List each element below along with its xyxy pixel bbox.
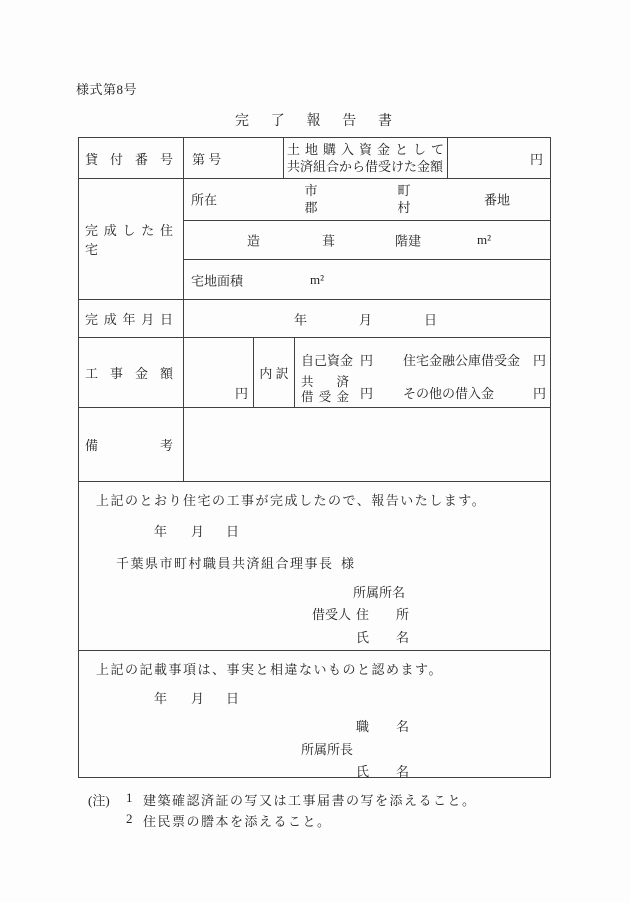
note-1-number: 1 [126,790,133,806]
breakdown-cell: 自己資金 円 住宅金融公庫借受金 円 共 済 借 受 金 円 その他の借入金 円 [295,338,550,407]
land-fund-yen: 円 [530,149,543,168]
structure-subrow: 造 葺 階建 m² [184,221,550,261]
borrower-label: 借受人 [312,604,351,623]
loan-number-label-cell: 貸 付 番 号 [79,138,184,178]
total-amount-yen: 円 [235,383,248,402]
lot-area-subrow: 宅地面積 m² [184,260,550,299]
loan-number-row: 貸 付 番 号 第 号 土 地 購 入 資 金 と し て 共済組合から借受けた… [79,138,550,179]
location-label: 所在 [191,190,217,209]
build-label: 造 [247,230,260,249]
report-date-month: 月 [191,521,204,540]
office-head-label: 所属所長 [301,739,353,758]
certify-statement: 上記の記載事項は、事実と相違ないものと認めます。 [96,659,443,678]
borrower-address-label: 住 所 [356,604,409,623]
housing-loan-yen: 円 [533,350,546,369]
own-funds-label: 自己資金 [301,350,353,369]
certify-date-year: 年 [154,688,167,707]
office-name-label: 所属所名 [353,582,405,601]
construction-cost-row: 工 事 金 額 円 内 訳 自己資金 円 住宅金融公庫借受金 円 共 済 借 受… [79,338,550,408]
completion-day-label: 日 [424,309,437,328]
village-label: 村 [391,199,417,216]
kyosai-loan-label: 共 済 借 受 金 [301,375,349,405]
location-subrow: 所在 市 郡 町 村 番地 [184,179,550,221]
remarks-row: 備 考 [79,408,550,482]
city-label: 市 [298,182,324,199]
remarks-label-cell: 備 考 [79,408,184,481]
loan-number-label: 貸 付 番 号 [85,149,173,168]
note-2-number: 2 [126,811,133,827]
breakdown-label-cell: 内 訳 [254,338,295,407]
job-title-label: 職 名 [356,716,409,735]
report-date-year: 年 [154,521,167,540]
certify-section: 上記の記載事項は、事実と相違ないものと認めます。 年 月 日 職 名 所属所長 … [79,651,550,777]
completion-date-label: 完 成 年 月 日 [85,309,173,328]
construction-cost-label-cell: 工 事 金 額 [79,338,184,407]
completion-date-label-cell: 完 成 年 月 日 [79,300,184,337]
borrower-name-label: 氏 名 [356,627,409,646]
completion-year-label: 年 [294,309,307,328]
floor-area-unit: m² [477,232,491,248]
remarks-value-cell [184,408,550,481]
report-table: 貸 付 番 号 第 号 土 地 購 入 資 金 と し て 共済組合から借受けた… [78,137,551,778]
addressee-honorific: 様 [341,553,354,572]
loan-number-prefix: 第 [192,152,205,167]
report-section: 上記のとおり住宅の工事が完成したので、報告いたします。 年 月 日 千葉県市町村… [79,482,550,651]
completion-report-form: 様式第8号 完 了 報 告 書 貸 付 番 号 第 号 土 地 購 入 資 金 … [0,0,630,903]
notes-label: (注) [88,790,110,809]
land-fund-label-line2: 共済組合から借受けた金額 [287,158,444,175]
land-fund-amount-cell: 円 [448,138,550,178]
note-2-text: 住民票の謄本を添えること。 [143,811,332,830]
report-statement: 上記のとおり住宅の工事が完成したので、報告いたします。 [96,490,486,509]
stories-label: 階建 [395,230,421,249]
total-amount-cell: 円 [184,338,254,407]
kyosai-loan-label-line1: 共 済 [301,375,349,390]
form-number: 様式第8号 [76,79,137,98]
note-1-text: 建築確認済証の写又は工事届書の写を添えること。 [143,790,477,809]
kyosai-loan-yen: 円 [360,383,373,402]
page-title: 完 了 報 告 書 [235,110,392,130]
certify-date-month: 月 [191,688,204,707]
lot-label: 番地 [484,190,510,209]
completed-house-label: 完 成 し た 住 宅 [85,220,173,258]
remarks-label: 備 考 [85,435,173,454]
construction-cost-label: 工 事 金 額 [85,363,173,382]
completion-date-row: 完 成 年 月 日 年 月 日 [79,300,550,338]
kyosai-loan-label-line2: 借 受 金 [301,390,349,405]
completion-date-value-cell: 年 月 日 [184,300,550,337]
completed-house-row: 完 成 し た 住 宅 所在 市 郡 町 村 番地 造 [79,179,550,300]
other-loans-yen: 円 [533,383,546,402]
report-date-day: 日 [226,521,239,540]
own-funds-yen: 円 [360,350,373,369]
completed-house-label-cell: 完 成 し た 住 宅 [79,179,184,299]
certify-date-day: 日 [226,688,239,707]
town-label: 町 [391,182,417,199]
land-fund-label-line1: 土 地 購 入 資 金 と し て [287,141,444,158]
lot-area-label: 宅地面積 [191,270,243,289]
loan-number-suffix: 号 [208,152,221,167]
roof-label: 葺 [322,230,335,249]
town-village-stack: 町 村 [391,182,417,216]
breakdown-label: 内 訳 [259,363,288,382]
certify-name-label: 氏 名 [356,761,409,780]
housing-loan-label: 住宅金融公庫借受金 [403,350,520,369]
other-loans-label: その他の借入金 [403,383,494,402]
loan-number-value-cell: 第 号 [184,138,284,178]
county-label: 郡 [298,199,324,216]
lot-area-unit: m² [310,272,324,288]
city-county-stack: 市 郡 [298,182,324,216]
completion-month-label: 月 [359,309,372,328]
land-fund-label-cell: 土 地 購 入 資 金 と し て 共済組合から借受けた金額 [284,138,448,178]
addressee: 千葉県市町村職員共済組合理事長 [116,553,334,572]
